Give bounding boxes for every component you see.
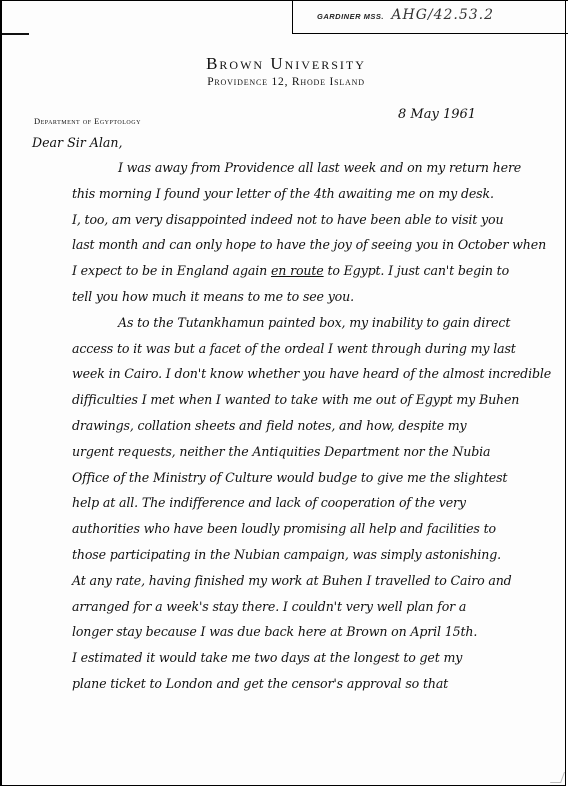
underlined-phrase: en route bbox=[271, 263, 324, 278]
archive-reference: GARDINER MSS. AHG/42.53.2 bbox=[317, 6, 494, 24]
letter-line: this morning I found your letter of the … bbox=[32, 181, 562, 207]
letter-line: At any rate, having finished my work at … bbox=[32, 568, 562, 594]
letter-line: As to the Tutankhamun painted box, my in… bbox=[32, 310, 562, 336]
letter-line: arranged for a week's stay there. I coul… bbox=[32, 594, 562, 620]
letter-line: urgent requests, neither the Antiquities… bbox=[32, 439, 562, 465]
letter-date: 8 May 1961 bbox=[398, 107, 476, 122]
letter-line: those participating in the Nubian campai… bbox=[32, 542, 562, 568]
institution-name: Brown University bbox=[2, 54, 568, 74]
letter-page: GARDINER MSS. AHG/42.53.2 Brown Universi… bbox=[0, 0, 566, 786]
fold-mark bbox=[2, 33, 29, 35]
letter-line: I expect to be in England again en route… bbox=[32, 258, 562, 284]
letter-line: I was away from Providence all last week… bbox=[32, 155, 562, 181]
archive-number: AHG/42.53.2 bbox=[391, 7, 494, 23]
letter-line: plane ticket to London and get the censo… bbox=[32, 671, 562, 697]
letter-line: difficulties I met when I wanted to take… bbox=[32, 387, 562, 413]
letter-line: drawings, collation sheets and field not… bbox=[32, 413, 562, 439]
letter-line: authorities who have been loudly promisi… bbox=[32, 516, 562, 542]
salutation: Dear Sir Alan, bbox=[32, 131, 562, 155]
department-name: Department of Egyptology bbox=[34, 116, 141, 126]
institution-address: Providence 12, Rhode Island bbox=[2, 76, 568, 88]
letter-line: longer stay because I was due back here … bbox=[32, 619, 562, 645]
archive-stamp: GARDINER MSS. bbox=[317, 12, 384, 21]
page-corner-curl bbox=[550, 772, 565, 783]
letter-line: help at all. The indifference and lack o… bbox=[32, 490, 562, 516]
letter-line: Office of the Ministry of Culture would … bbox=[32, 465, 562, 491]
letter-line: access to it was but a facet of the orde… bbox=[32, 336, 562, 362]
letter-lines: I was away from Providence all last week… bbox=[32, 155, 562, 697]
letter-line: tell you how much it means to me to see … bbox=[32, 284, 562, 310]
letter-line: I estimated it would take me two days at… bbox=[32, 645, 562, 671]
letter-line: week in Cairo. I don't know whether you … bbox=[32, 361, 562, 387]
letter-body: Dear Sir Alan, I was away from Providenc… bbox=[32, 131, 562, 697]
letter-line: last month and can only hope to have the… bbox=[32, 232, 562, 258]
letter-line: I, too, am very disappointed indeed not … bbox=[32, 207, 562, 233]
